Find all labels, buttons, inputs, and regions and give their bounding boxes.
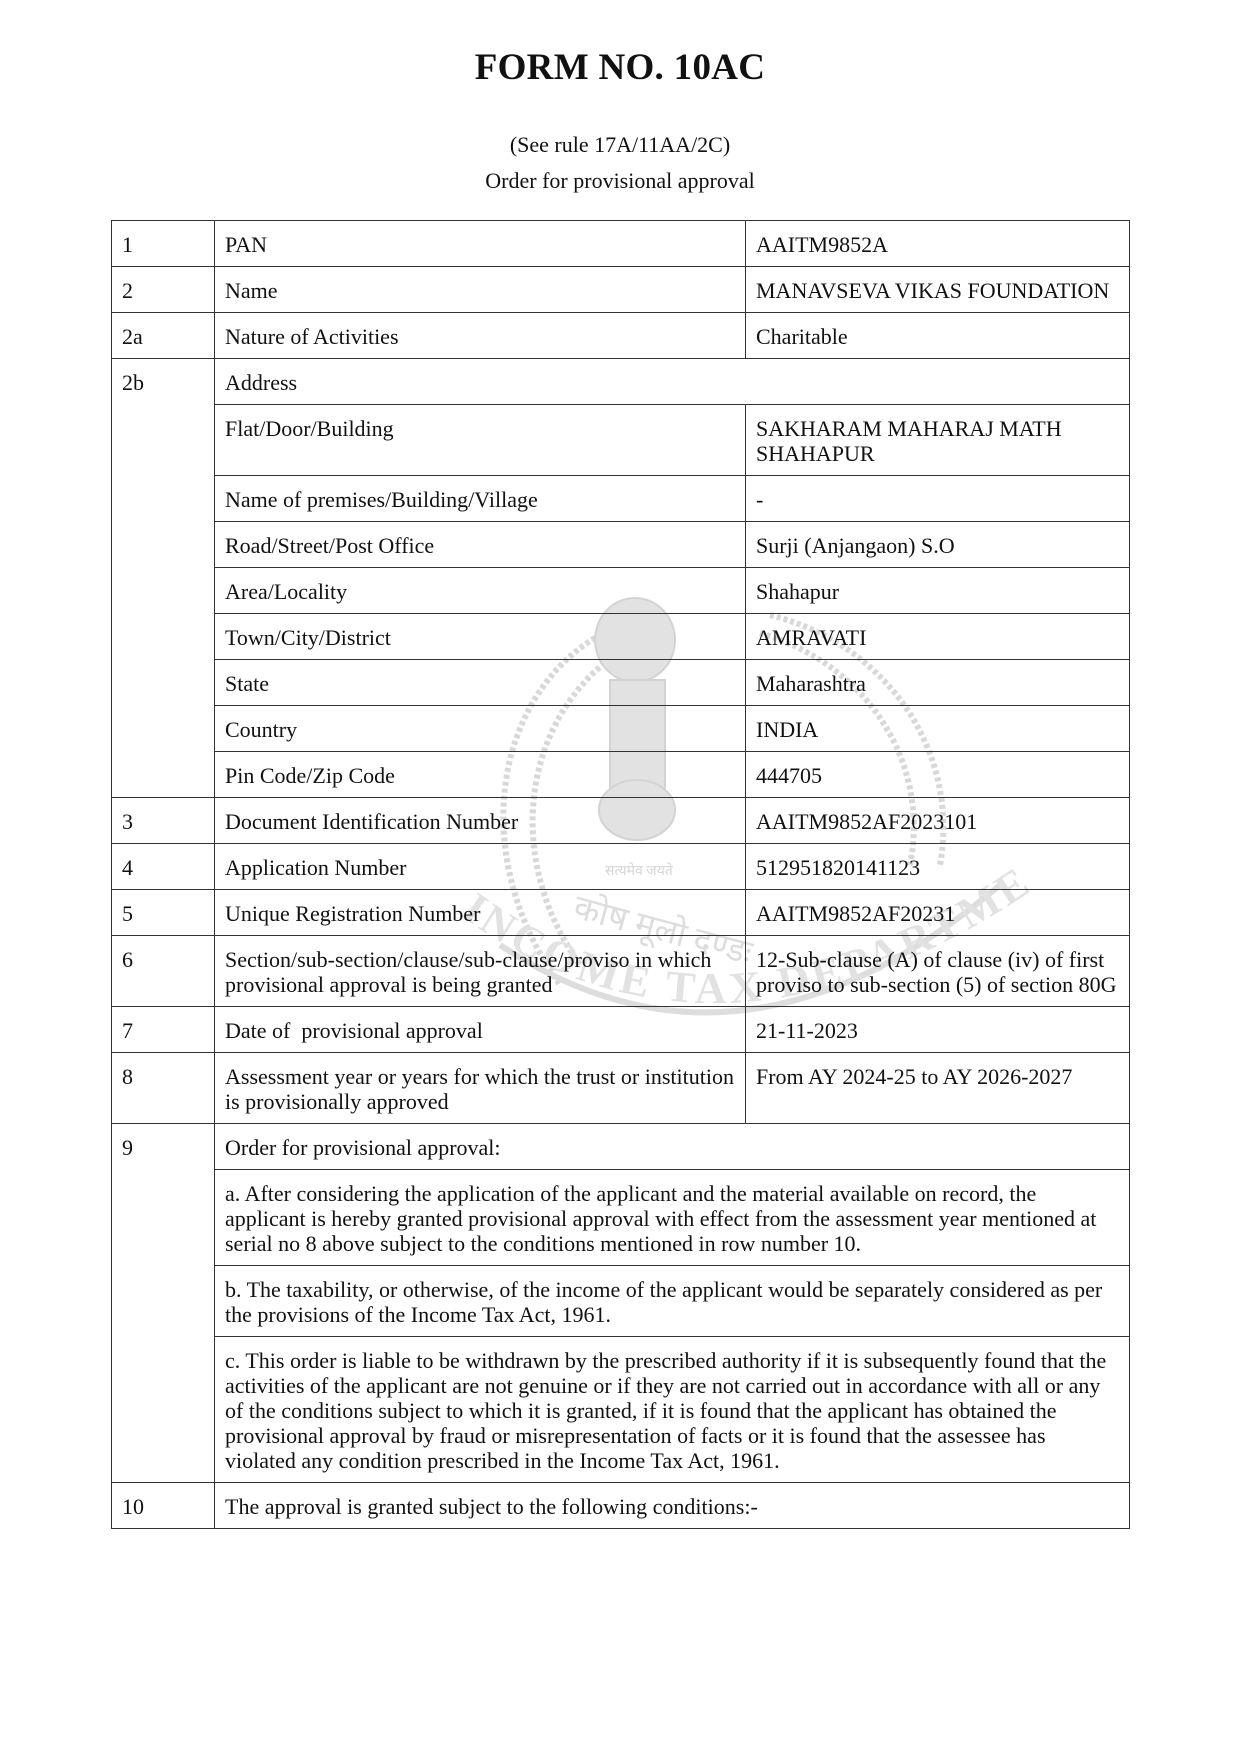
address-label: Area/Locality <box>215 568 746 614</box>
row-label: Document Identification Number <box>215 798 746 844</box>
order-paragraph-c: c. This order is liable to be withdrawn … <box>112 1337 1130 1483</box>
address-label: Name of premises/Building/Village <box>215 476 746 522</box>
rule-reference: (See rule 17A/11AA/2C) <box>0 132 1240 158</box>
address-value: AMRAVATI <box>746 614 1130 660</box>
conditions-heading: The approval is granted subject to the f… <box>215 1483 1130 1529</box>
table-row-nature: 2a Nature of Activities Charitable <box>112 313 1130 359</box>
row-number: 4 <box>112 844 215 890</box>
address-row-road: Road/Street/Post Office Surji (Anjangaon… <box>112 522 1130 568</box>
row-number: 8 <box>112 1053 215 1124</box>
address-heading: Address <box>215 359 1130 405</box>
table-row-assessment-year: 8 Assessment year or years for which the… <box>112 1053 1130 1124</box>
form-title: FORM NO. 10AC <box>0 46 1240 89</box>
address-value: SAKHARAM MAHARAJ MATH SHAHAPUR <box>746 405 1130 476</box>
row-number: 2b <box>112 359 215 798</box>
table-row-date: 7 Date of provisional approval 21-11-202… <box>112 1007 1130 1053</box>
application-number-value: 512951820141123 <box>746 844 1130 890</box>
row-number: 5 <box>112 890 215 936</box>
table-row-conditions: 10 The approval is granted subject to th… <box>112 1483 1130 1529</box>
table-row-din: 3 Document Identification Number AAITM98… <box>112 798 1130 844</box>
form-subtitle: Order for provisional approval <box>0 168 1240 194</box>
din-value: AAITM9852AF2023101 <box>746 798 1130 844</box>
nature-value: Charitable <box>746 313 1130 359</box>
address-value: INDIA <box>746 706 1130 752</box>
row-number: 3 <box>112 798 215 844</box>
row-number: 9 <box>112 1124 215 1483</box>
row-label: PAN <box>215 221 746 267</box>
row-label: Name <box>215 267 746 313</box>
address-value: Surji (Anjangaon) S.O <box>746 522 1130 568</box>
address-value: Shahapur <box>746 568 1130 614</box>
section-value: 12-Sub-clause (A) of clause (iv) of firs… <box>746 936 1130 1007</box>
address-value: - <box>746 476 1130 522</box>
table-row-address: 2b Address <box>112 359 1130 405</box>
row-number: 10 <box>112 1483 215 1529</box>
address-row-premises: Name of premises/Building/Village - <box>112 476 1130 522</box>
row-number: 7 <box>112 1007 215 1053</box>
address-row-area: Area/Locality Shahapur <box>112 568 1130 614</box>
address-label: Road/Street/Post Office <box>215 522 746 568</box>
row-label: Section/sub-section/clause/sub-clause/pr… <box>215 936 746 1007</box>
row-label: Nature of Activities <box>215 313 746 359</box>
table-row-order: 9 Order for provisional approval: <box>112 1124 1130 1170</box>
row-number: 2a <box>112 313 215 359</box>
order-paragraph-a: a. After considering the application of … <box>112 1170 1130 1266</box>
order-paragraph-b: b. The taxability, or otherwise, of the … <box>112 1266 1130 1337</box>
row-label: Date of provisional approval <box>215 1007 746 1053</box>
name-value: MANAVSEVA VIKAS FOUNDATION <box>746 267 1130 313</box>
order-paragraph-text: a. After considering the application of … <box>215 1170 1130 1266</box>
address-row-flat: Flat/Door/Building SAKHARAM MAHARAJ MATH… <box>112 405 1130 476</box>
row-label: Application Number <box>215 844 746 890</box>
address-value: Maharashtra <box>746 660 1130 706</box>
address-value: 444705 <box>746 752 1130 798</box>
row-number: 6 <box>112 936 215 1007</box>
table-row-name: 2 Name MANAVSEVA VIKAS FOUNDATION <box>112 267 1130 313</box>
address-label: Flat/Door/Building <box>215 405 746 476</box>
row-label: Assessment year or years for which the t… <box>215 1053 746 1124</box>
urn-value: AAITM9852AF20231 <box>746 890 1130 936</box>
address-label: Pin Code/Zip Code <box>215 752 746 798</box>
address-row-pin: Pin Code/Zip Code 444705 <box>112 752 1130 798</box>
table-row-section: 6 Section/sub-section/clause/sub-clause/… <box>112 936 1130 1007</box>
address-row-town: Town/City/District AMRAVATI <box>112 614 1130 660</box>
approval-date-value: 21-11-2023 <box>746 1007 1130 1053</box>
address-row-country: Country INDIA <box>112 706 1130 752</box>
table-row-application-number: 4 Application Number 512951820141123 <box>112 844 1130 890</box>
pan-value: AAITM9852A <box>746 221 1130 267</box>
order-paragraph-text: b. The taxability, or otherwise, of the … <box>215 1266 1130 1337</box>
table-row-urn: 5 Unique Registration Number AAITM9852AF… <box>112 890 1130 936</box>
address-label: State <box>215 660 746 706</box>
row-number: 1 <box>112 221 215 267</box>
order-paragraph-text: c. This order is liable to be withdrawn … <box>215 1337 1130 1483</box>
assessment-year-value: From AY 2024-25 to AY 2026-2027 <box>746 1053 1130 1124</box>
address-label: Country <box>215 706 746 752</box>
table-row-pan: 1 PAN AAITM9852A <box>112 221 1130 267</box>
row-label: Unique Registration Number <box>215 890 746 936</box>
address-label: Town/City/District <box>215 614 746 660</box>
provisional-approval-table: 1 PAN AAITM9852A 2 Name MANAVSEVA VIKAS … <box>111 220 1130 1529</box>
address-row-state: State Maharashtra <box>112 660 1130 706</box>
order-heading: Order for provisional approval: <box>215 1124 1130 1170</box>
row-number: 2 <box>112 267 215 313</box>
